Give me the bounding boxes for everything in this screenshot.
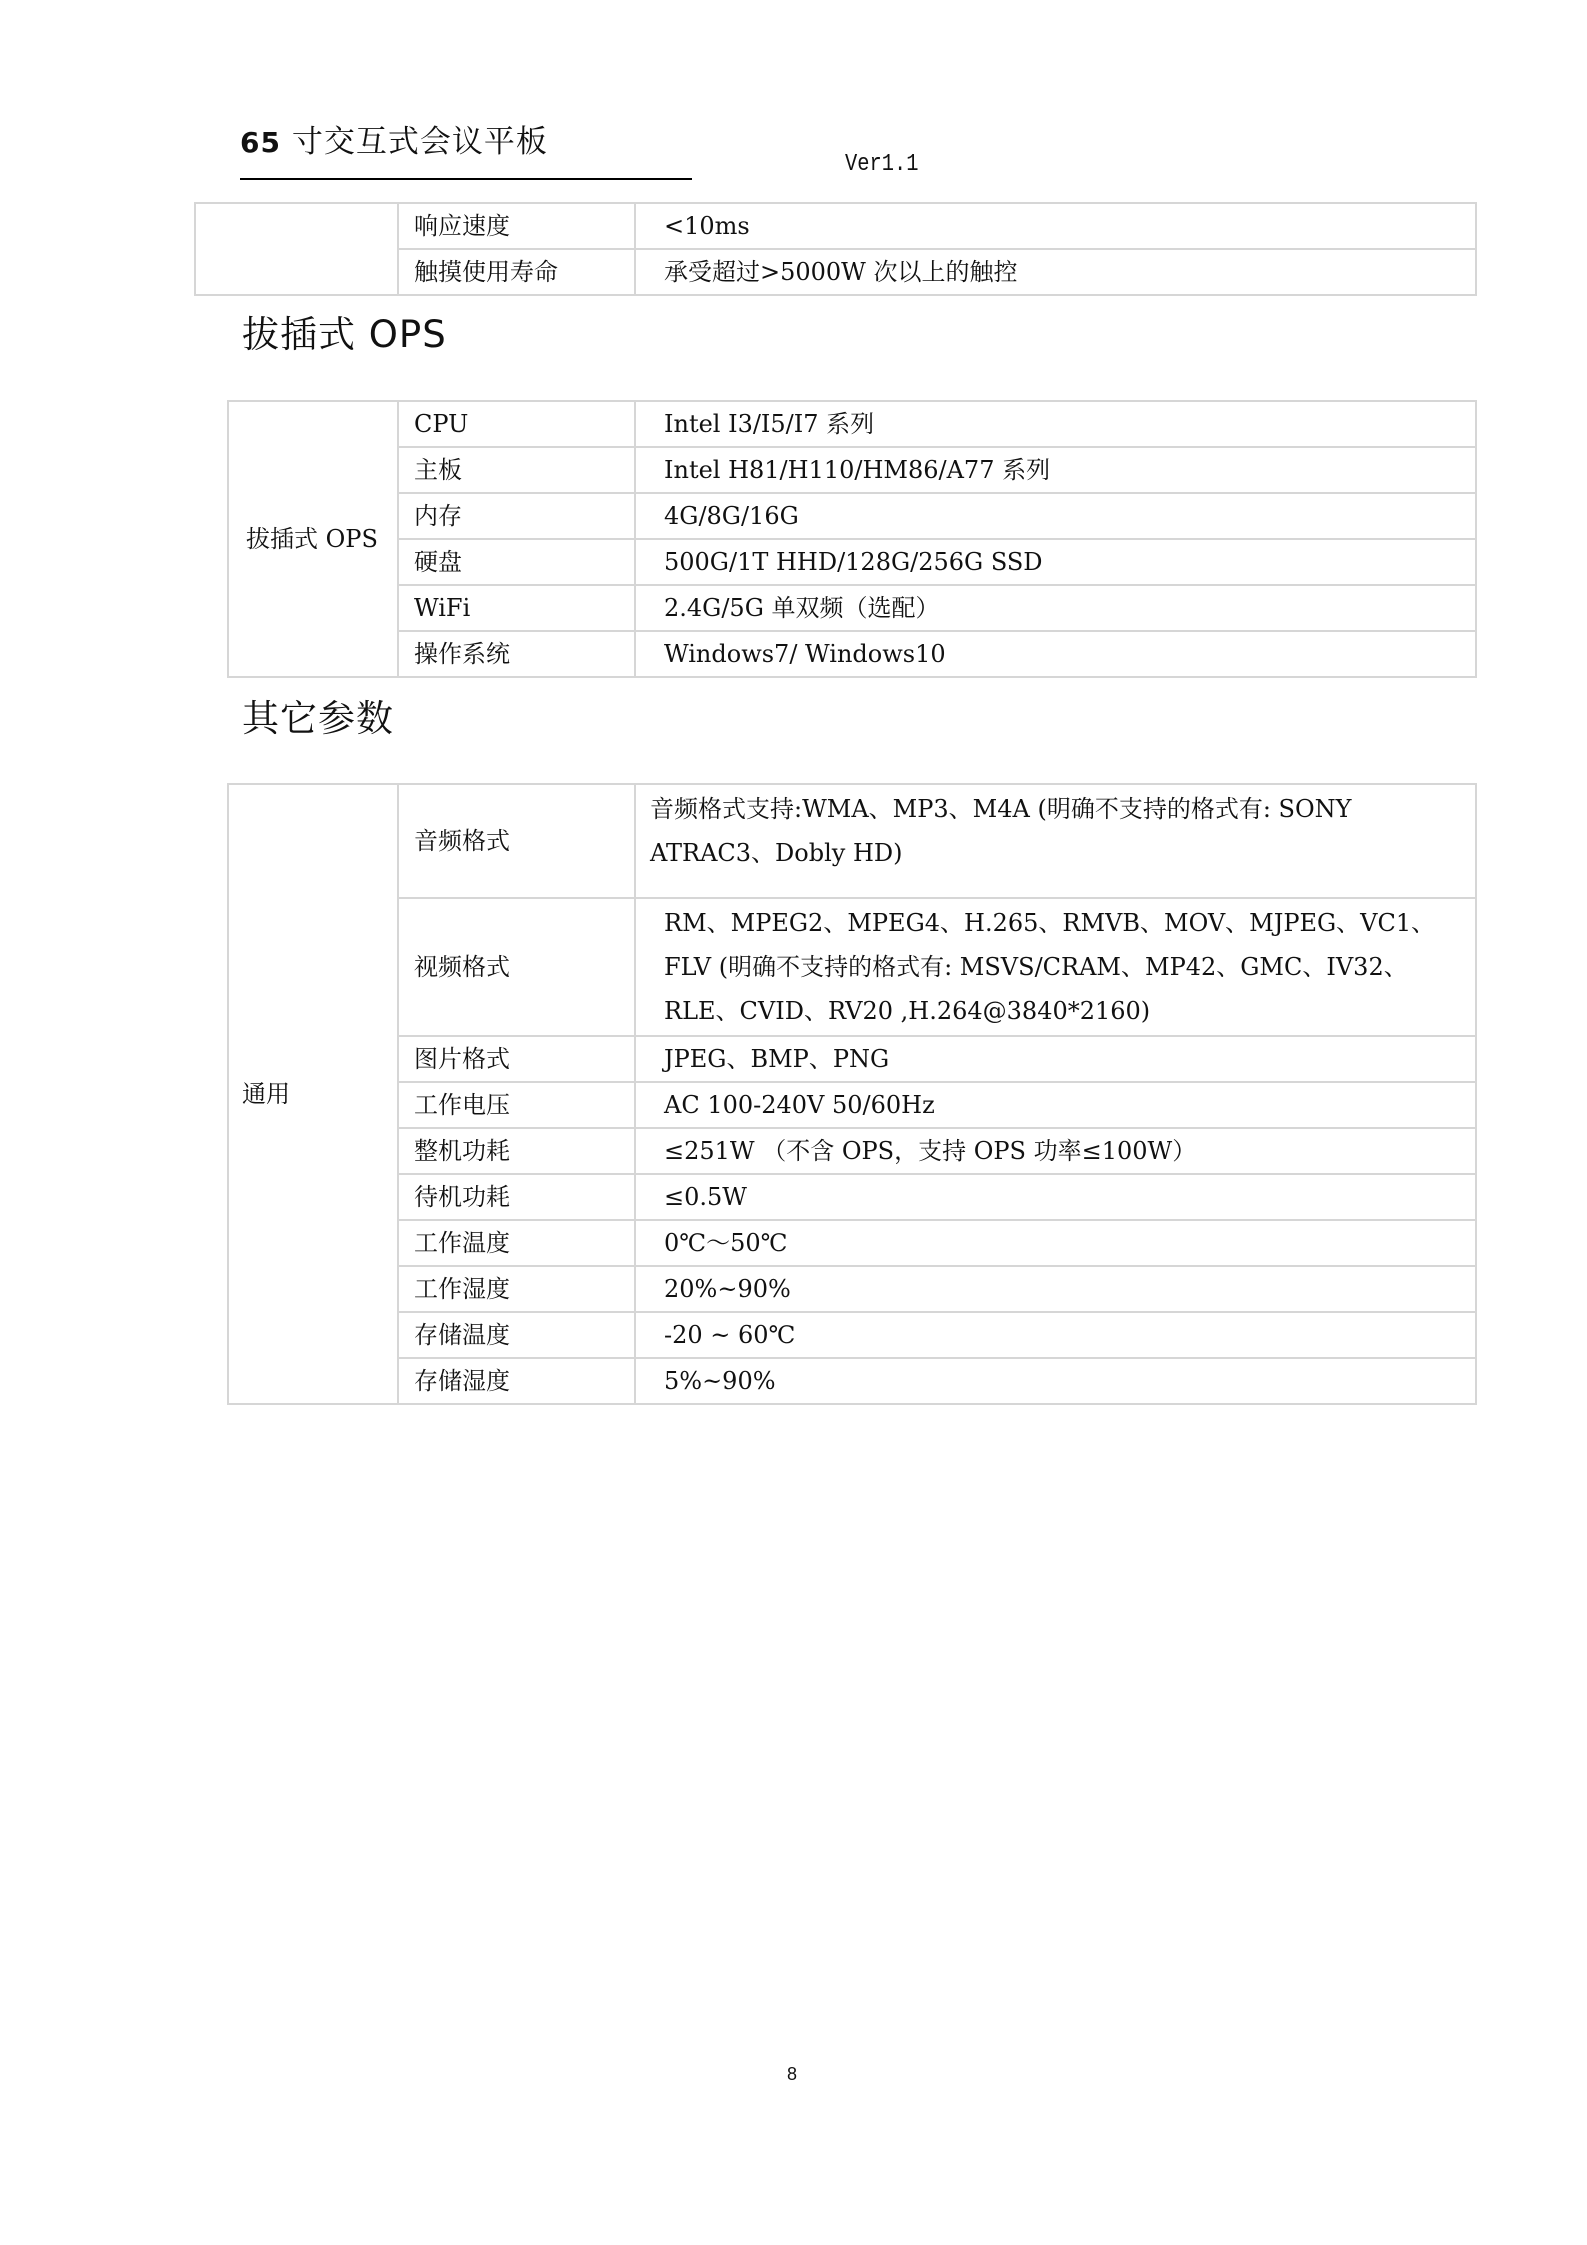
- group-cell: 通用: [228, 784, 398, 1404]
- spec-value: -20 ~ 60℃: [635, 1312, 1476, 1358]
- table-row: 视频格式 RM、MPEG2、MPEG4、H.265、RMVB、MOV、MJPEG…: [228, 898, 1476, 1036]
- spec-label: 整机功耗: [398, 1128, 635, 1174]
- section-heading-ops: 拔插式 OPS: [242, 312, 447, 358]
- spec-value: ≤251W （不含 OPS，支持 OPS 功率≤100W）: [635, 1128, 1476, 1174]
- spec-label: CPU: [398, 401, 635, 447]
- spec-label: 工作湿度: [398, 1266, 635, 1312]
- spec-label: 工作温度: [398, 1220, 635, 1266]
- document-title: 65 寸交互式会议平板: [240, 122, 548, 163]
- spec-value: Intel I3/I5/I7 系列: [635, 401, 1476, 447]
- touch-spec-table: 响应速度 <10ms 触摸使用寿命 承受超过>5000W 次以上的触控: [194, 202, 1477, 296]
- group-cell: [195, 203, 398, 295]
- spec-label: 操作系统: [398, 631, 635, 677]
- table-row: 图片格式 JPEG、BMP、PNG: [228, 1036, 1476, 1082]
- table-row: 工作电压 AC 100-240V 50/60Hz: [228, 1082, 1476, 1128]
- table-row: 硬盘 500G/1T HHD/128G/256G SSD: [228, 539, 1476, 585]
- spec-value: 承受超过>5000W 次以上的触控: [635, 249, 1476, 295]
- spec-value: 4G/8G/16G: [635, 493, 1476, 539]
- table-row: 操作系统 Windows7/ Windows10: [228, 631, 1476, 677]
- table-row: 主板 Intel H81/H110/HM86/A77 系列: [228, 447, 1476, 493]
- spec-value: 2.4G/5G 单双频（选配）: [635, 585, 1476, 631]
- spec-label: 内存: [398, 493, 635, 539]
- spec-label: 响应速度: [398, 203, 635, 249]
- table-row: 工作温度 0℃～50℃: [228, 1220, 1476, 1266]
- spec-label: 存储温度: [398, 1312, 635, 1358]
- spec-label: 触摸使用寿命: [398, 249, 635, 295]
- spec-label: 视频格式: [398, 898, 635, 1036]
- ops-spec-table: 拔插式 OPS CPU Intel I3/I5/I7 系列 主板 Intel H…: [227, 400, 1477, 678]
- spec-value: AC 100-240V 50/60Hz: [635, 1082, 1476, 1128]
- table-row: 工作湿度 20%~90%: [228, 1266, 1476, 1312]
- spec-label: 主板: [398, 447, 635, 493]
- spec-label: 存储湿度: [398, 1358, 635, 1404]
- spec-label: 工作电压: [398, 1082, 635, 1128]
- spec-value: 音频格式支持:WMA、MP3、M4A (明确不支持的格式有: SONY ATRA…: [635, 784, 1476, 898]
- table-row: 整机功耗 ≤251W （不含 OPS，支持 OPS 功率≤100W）: [228, 1128, 1476, 1174]
- table-row: 存储温度 -20 ~ 60℃: [228, 1312, 1476, 1358]
- spec-label: WiFi: [398, 585, 635, 631]
- table-row: 待机功耗 ≤0.5W: [228, 1174, 1476, 1220]
- spec-value: JPEG、BMP、PNG: [635, 1036, 1476, 1082]
- table-row: 响应速度 <10ms: [195, 203, 1476, 249]
- table-row: 内存 4G/8G/16G: [228, 493, 1476, 539]
- spec-value: RM、MPEG2、MPEG4、H.265、RMVB、MOV、MJPEG、VC1、…: [635, 898, 1476, 1036]
- page-number: 8: [787, 2062, 797, 2086]
- spec-value: Windows7/ Windows10: [635, 631, 1476, 677]
- group-cell: 拔插式 OPS: [228, 401, 398, 677]
- document-title-number: 65: [240, 126, 281, 159]
- spec-label: 音频格式: [398, 784, 635, 898]
- spec-value: 5%~90%: [635, 1358, 1476, 1404]
- version-label: Ver1.1: [845, 150, 918, 180]
- spec-value: 20%~90%: [635, 1266, 1476, 1312]
- spec-value: Intel H81/H110/HM86/A77 系列: [635, 447, 1476, 493]
- spec-value: ≤0.5W: [635, 1174, 1476, 1220]
- table-row: 拔插式 OPS CPU Intel I3/I5/I7 系列: [228, 401, 1476, 447]
- spec-label: 待机功耗: [398, 1174, 635, 1220]
- table-row: WiFi 2.4G/5G 单双频（选配）: [228, 585, 1476, 631]
- document-title-text: 寸交互式会议平板: [292, 124, 548, 160]
- spec-label: 硬盘: [398, 539, 635, 585]
- table-row: 通用 音频格式 音频格式支持:WMA、MP3、M4A (明确不支持的格式有: S…: [228, 784, 1476, 898]
- title-underline: [240, 178, 692, 180]
- spec-value: <10ms: [635, 203, 1476, 249]
- other-spec-table: 通用 音频格式 音频格式支持:WMA、MP3、M4A (明确不支持的格式有: S…: [227, 783, 1477, 1405]
- spec-value: 500G/1T HHD/128G/256G SSD: [635, 539, 1476, 585]
- section-heading-other: 其它参数: [242, 696, 394, 742]
- table-row: 存储湿度 5%~90%: [228, 1358, 1476, 1404]
- spec-label: 图片格式: [398, 1036, 635, 1082]
- spec-value: 0℃～50℃: [635, 1220, 1476, 1266]
